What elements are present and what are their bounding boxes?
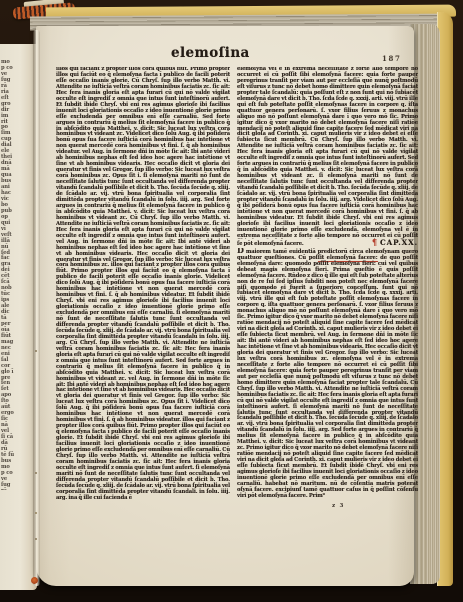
chapter-heading-row: ſe pōt elemoſynā facere. ¶CAP.XX. (237, 240, 418, 247)
right-column-text-after-chapter: D maiorem tamē euidentiā predictorū circ… (237, 248, 418, 498)
chapter-body-text: de quo poſſit elemoſynā dare: quomodo po… (237, 255, 418, 498)
running-head: elemoſina (171, 45, 250, 61)
facing-page-clipped-text: mo p co ve ſug rā ria eſt gro dir im rit… (1, 60, 14, 490)
right-column-text-before-chapter: elemoſyna vel ē in extrema neceſſitate z… (237, 67, 418, 239)
folio-number: 187 (382, 54, 401, 63)
signature-mark: z 3 (332, 503, 345, 509)
text-column-left: illos qui faciant z propter illos corā q… (56, 67, 230, 513)
book-photograph: mo p co ve ſug rā ria eſt gro dir im rit… (0, 0, 463, 602)
chapter-row-text: ſe pōt elemoſynā facere. (237, 242, 304, 248)
chapter-heading: CAP.XX. (380, 238, 418, 247)
tail-endband-dot (31, 577, 38, 584)
facing-page-sliver: mo p co ve ſug rā ria eſt gro dir im rit… (0, 44, 37, 590)
book-page: elemoſina 187 illos qui faciant z propte… (36, 26, 414, 586)
chapter-heading-group: ¶CAP.XX. (372, 240, 418, 248)
text-column-right: elemoſyna vel ē in extrema neceſſitate z… (237, 67, 418, 507)
gutter-fold (33, 30, 40, 586)
rubric-pilcrow-icon: ¶ (372, 237, 377, 247)
